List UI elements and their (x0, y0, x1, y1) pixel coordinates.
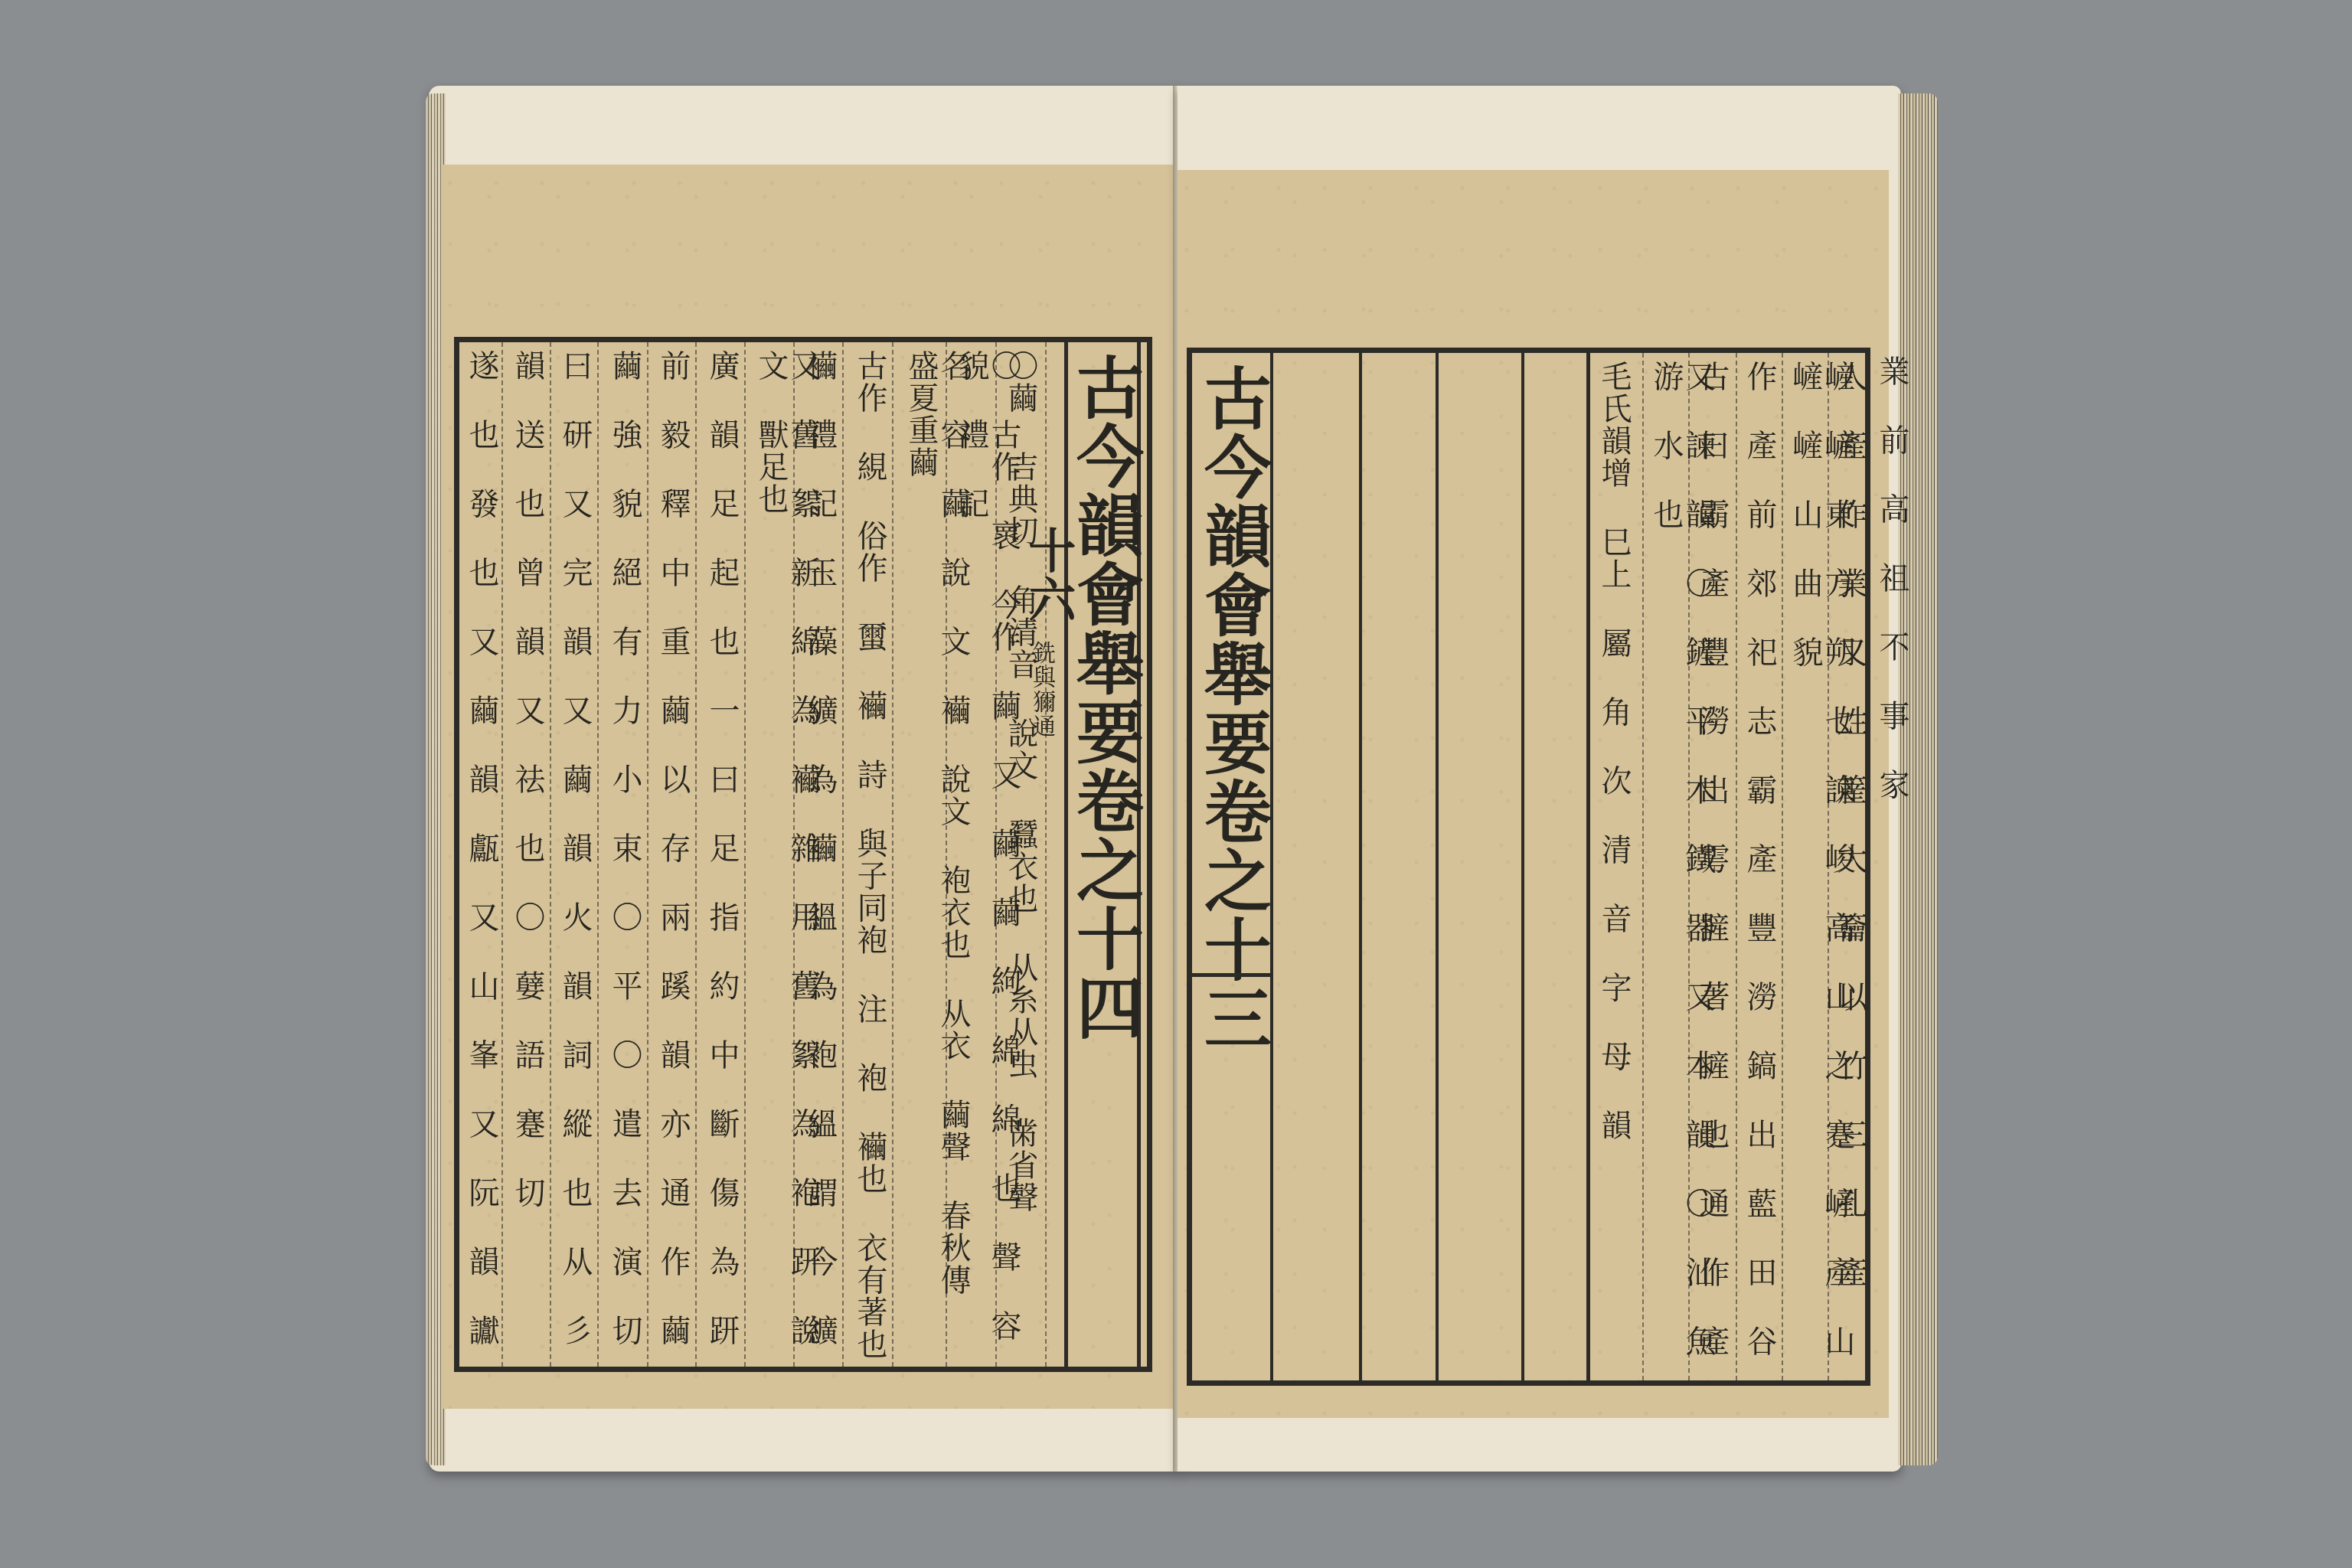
column-rule (501, 342, 503, 1367)
left-print-frame: 遂 也 發 也 又 繭 韻 甗 又 山 峯 又 阮 韻 讞 韻 送 也 曾 韻 … (454, 337, 1152, 1372)
column-rule (647, 342, 648, 1367)
blank-column-rule (1586, 353, 1590, 1380)
column-rule (695, 342, 697, 1367)
column-rule (597, 342, 599, 1367)
column-rule (842, 342, 844, 1367)
column-rule (744, 342, 746, 1367)
text-column: 人 產 作 業 又 姓 簅 大 籥 以 竹 三 孔 產 (1834, 361, 1866, 1371)
text-column: 古 曰 霸 產 豐 澇 出 雩 摌 著 摌 也 通 作 產 (1696, 361, 1728, 1371)
text-column: 毛氏韻增 巳上 屬 角 次 清 音 字 母 韻 (1598, 361, 1630, 1371)
column-rule (1642, 353, 1644, 1380)
right-page: 古今韻會舉要卷之十三 毛氏韻增 巳上 屬 角 次 清 音 字 母 韻 又 諫 韻… (1178, 86, 1901, 1472)
blank-column-rule (1521, 353, 1524, 1380)
text-column: 廣 韻 足 起 也 一 曰 足 指 約 中 斷 傷 為 趼 (706, 350, 738, 1361)
section-subheading: 銑與獮通 (1030, 641, 1053, 871)
text-column: 古作 絸 俗作 蠒 襺 詩 與子同袍 注 袍 襺也 衣有著也 (854, 350, 886, 1361)
right-print-frame: 古今韻會舉要卷之十三 毛氏韻增 巳上 屬 角 次 清 音 字 母 韻 又 諫 韻… (1187, 348, 1870, 1386)
blank-column-rule (1359, 353, 1362, 1380)
volume-title: 古今韻會舉要卷之十三 (1200, 364, 1267, 1129)
column-rule (1782, 353, 1783, 1380)
text-column: 前 毅 釋 中 重 繭 以 存 兩 蹊 韻 亦 通 作 繭 (657, 350, 689, 1361)
column-rule (1736, 353, 1737, 1380)
text-column: 作 產 前 郊 祀 志 霸 產 豐 澇 鎬 出 藍 田 谷 (1743, 361, 1775, 1371)
text-column: 韻 送 也 曾 韻 又 祛 也 〇 㜸 語 蹇 切 (511, 350, 544, 1361)
open-book: 遂 也 發 也 又 繭 韻 甗 又 山 峯 又 阮 韻 讞 韻 送 也 曾 韻 … (429, 86, 1941, 1479)
text-column: 襺 禮 記 玉 藻 纊 為 襺 縕 為 袍 縕 謂 今 纊 (804, 350, 836, 1361)
text-column: 遂 也 發 也 又 繭 韻 甗 又 山 峯 又 阮 韻 讞 (465, 350, 498, 1361)
text-column: 繭 強 貌 絕 有 力 小 束 〇 平 〇 遣 去 演 切 (609, 350, 641, 1361)
column-rule (892, 342, 893, 1367)
text-column: 曰 研 又 完 韻 又 繭 韻 火 韻 詞 縱 也 从 彡 (559, 350, 591, 1361)
text-column-margin: 業 前 高 祖 不 事 家 (1876, 355, 1908, 1044)
title-end-rule (1192, 973, 1273, 977)
volume-title: 古今韻會舉要卷之十四 (1072, 353, 1139, 1119)
blank-column-rule (1436, 353, 1439, 1380)
left-page: 遂 也 發 也 又 繭 韻 甗 又 山 峯 又 阮 韻 讞 韻 送 也 曾 韻 … (429, 86, 1179, 1472)
column-rule (550, 342, 551, 1367)
